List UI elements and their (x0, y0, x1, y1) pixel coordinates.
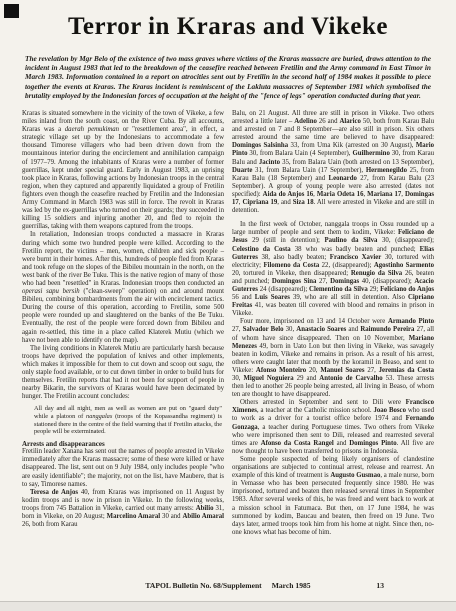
issue-date: March 1985 (272, 581, 311, 590)
article-body: Kraras is situated somewhere in the vici… (22, 110, 434, 537)
paragraph: Teresa de Anjos 40, from Kraras was impr… (22, 489, 224, 529)
paragraph: Some people suspected of being likely or… (232, 456, 434, 537)
paragraph: Fretilin leader Xanana has sent out the … (22, 448, 224, 488)
paragraph: In retaliation, Indonesian troops conduc… (22, 231, 224, 344)
paragraph: Others arrested in September and sent to… (232, 399, 434, 456)
left-column: Kraras is situated somewhere in the vici… (22, 110, 224, 537)
paragraph: In the first week of October, nanggala t… (232, 221, 434, 318)
block-quote: All day and all night, men as well as wo… (34, 405, 222, 435)
article-standfirst: The revelation by Mgr Belo of the existe… (25, 54, 431, 100)
scan-page-edge (0, 601, 456, 611)
article-title: Terror in Kraras and Vikeke (0, 0, 456, 40)
paragraph: Kraras is situated somewhere in the vici… (22, 110, 224, 231)
paragraph: Four more, imprisoned on 13 and 14 Octob… (232, 318, 434, 399)
paragraph: The living conditions in Klaterek Mutiu … (22, 345, 224, 402)
right-column: Balu, on 21 August. All three are still … (232, 110, 434, 537)
section-heading: Arrests and disappearances (22, 440, 224, 449)
scan-artifact-mark (4, 4, 19, 18)
scanned-bulletin-page: Terror in Kraras and Vikeke The revelati… (0, 0, 456, 611)
page-footer: TAPOL Bulletin No. 68/SupplementMarch 19… (0, 581, 456, 595)
page-number: 13 (376, 581, 384, 590)
paragraph: Balu, on 21 August. All three are still … (232, 110, 434, 215)
footer-imprint: TAPOL Bulletin No. 68/SupplementMarch 19… (0, 581, 456, 590)
bulletin-name: TAPOL Bulletin No. 68/Supplement (145, 581, 261, 590)
